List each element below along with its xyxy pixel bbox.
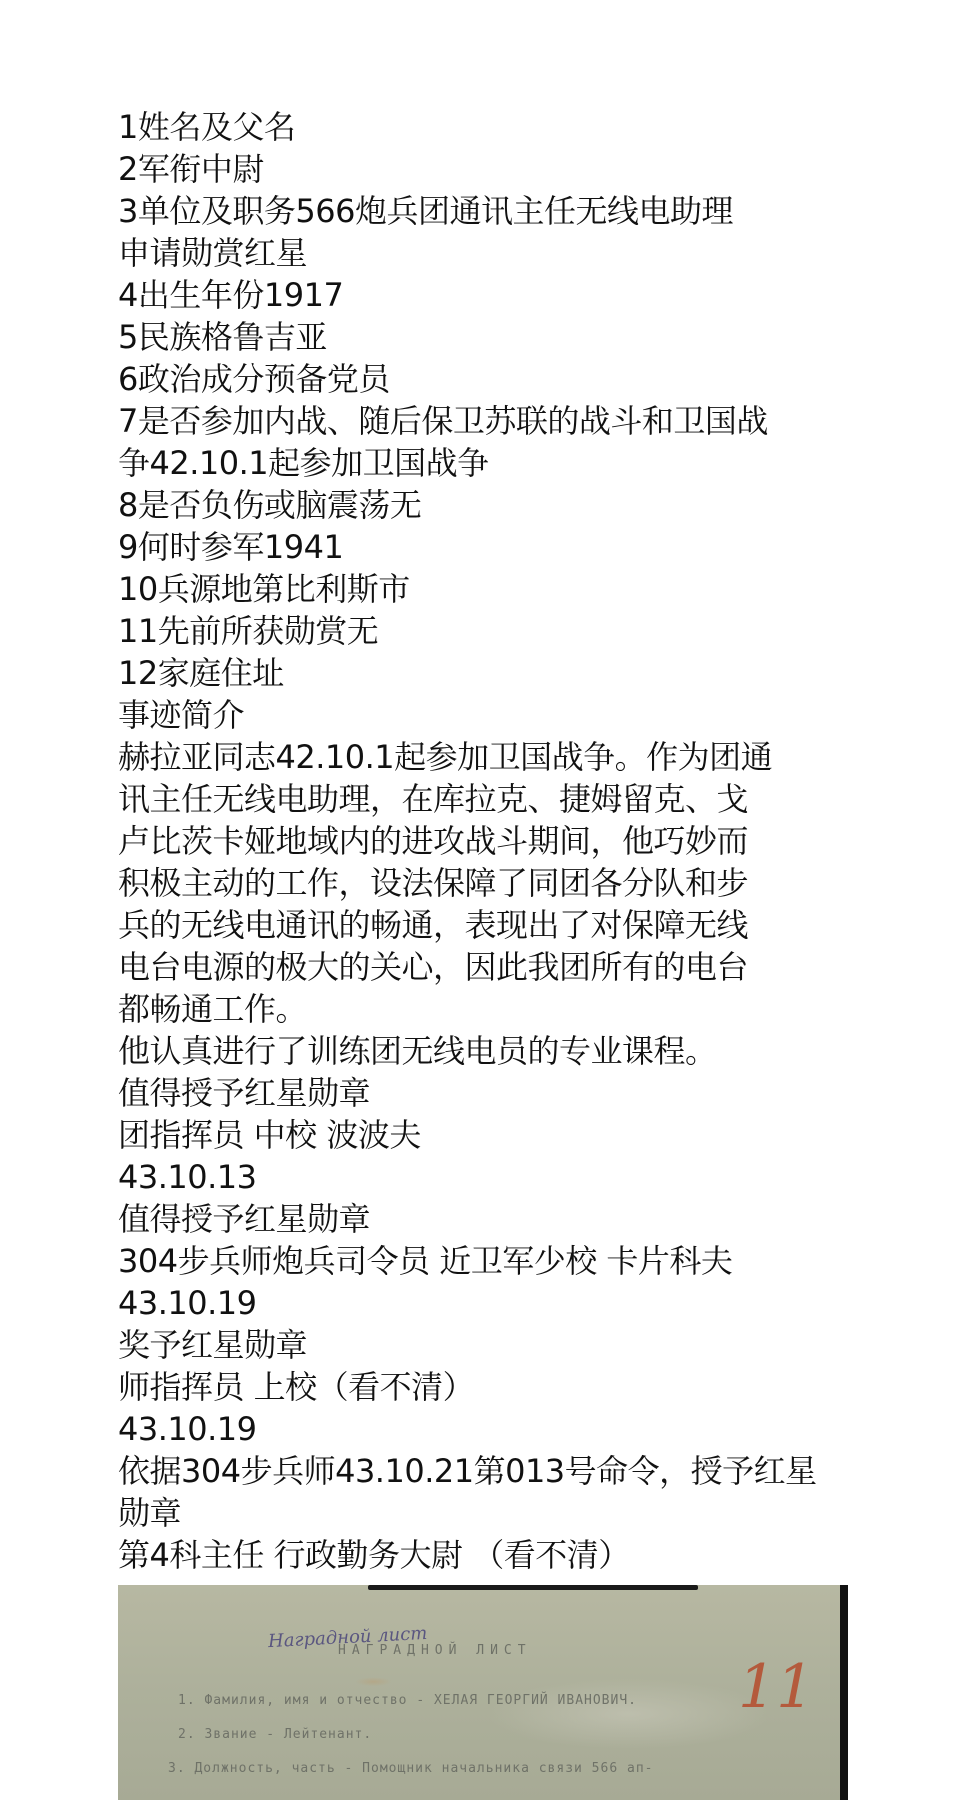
scanned-award-sheet-image: Наградной лист НАГРАДНОЙ ЛИСТ 1. Фамилия… <box>118 1585 848 1800</box>
scan-border <box>368 1585 698 1590</box>
field-1-name: 1姓名及父名 <box>118 106 850 148</box>
narrative-line: 讯主任无线电助理，在库拉克、捷姆留克、戈 <box>118 778 850 820</box>
field-9-enlisted: 9何时参军1941 <box>118 526 850 568</box>
field-11-prior-awards: 11先前所获勋赏无 <box>118 610 850 652</box>
field-6-party: 6政治成分预备党员 <box>118 358 850 400</box>
award-request: 申请勋赏红星 <box>118 232 850 274</box>
narrative-line: 电台电源的极大的关心，因此我团所有的电台 <box>118 946 850 988</box>
order-reference: 依据304步兵师43.10.21第013号命令，授予红星 <box>118 1450 850 1492</box>
endorsement-recommendation: 值得授予红星勋章 <box>118 1072 850 1114</box>
endorsement-date: 43.10.19 <box>118 1282 850 1324</box>
endorsement-signer: 师指挥员 上校（看不清） <box>118 1366 850 1408</box>
section-heading-summary: 事迹简介 <box>118 694 850 736</box>
endorsement-recommendation: 值得授予红星勋章 <box>118 1198 850 1240</box>
narrative-line: 赫拉亚同志42.10.1起参加卫国战争。作为团通 <box>118 736 850 778</box>
typed-title: НАГРАДНОЙ ЛИСТ <box>338 1643 532 1658</box>
narrative-line: 兵的无线电通讯的畅通，表现出了对保障无线 <box>118 904 850 946</box>
narrative-line: 卢比茨卡娅地域内的进攻战斗期间，他巧妙而 <box>118 820 850 862</box>
field-7-war-participation-cont: 争42.10.1起参加卫国战争 <box>118 442 850 484</box>
endorsement-date: 43.10.19 <box>118 1408 850 1450</box>
field-4-birth-year: 4出生年份1917 <box>118 274 850 316</box>
typed-line: 2. Звание - Лейтенант. <box>178 1727 372 1742</box>
endorsement-signer: 团指挥员 中校 波波夫 <box>118 1114 850 1156</box>
field-12-home-address: 12家庭住址 <box>118 652 850 694</box>
document-text: 1姓名及父名 2军衔中尉 3单位及职务566炮兵团通讯主任无线电助理 申请勋赏红… <box>118 106 850 1576</box>
field-3-unit-position: 3单位及职务566炮兵团通讯主任无线电助理 <box>118 190 850 232</box>
order-reference-cont: 勋章 <box>118 1492 850 1534</box>
narrative-line: 积极主动的工作，设法保障了同团各分队和步 <box>118 862 850 904</box>
field-5-nationality: 5民族格鲁吉亚 <box>118 316 850 358</box>
typed-line: 3. Должность, часть - Помощник начальник… <box>168 1761 653 1776</box>
endorsement-date: 43.10.13 <box>118 1156 850 1198</box>
endorsement-signer: 304步兵师炮兵司令员 近卫军少校 卡片科夫 <box>118 1240 850 1282</box>
field-2-rank: 2军衔中尉 <box>118 148 850 190</box>
narrative-line: 他认真进行了训练团无线电员的专业课程。 <box>118 1030 850 1072</box>
field-10-origin: 10兵源地第比利斯市 <box>118 568 850 610</box>
narrative-line: 都畅通工作。 <box>118 988 850 1030</box>
final-signer: 第4科主任 行政勤务大尉 （看不清） <box>118 1534 850 1576</box>
endorsement-decision: 奖予红星勋章 <box>118 1324 850 1366</box>
scan-border <box>840 1585 848 1800</box>
field-8-wounds: 8是否负伤或脑震荡无 <box>118 484 850 526</box>
typed-line: 1. Фамилия, имя и отчество - ХЕЛАЯ ГЕОРГ… <box>178 1693 637 1708</box>
field-7-war-participation: 7是否参加内战、随后保卫苏联的战斗和卫国战 <box>118 400 850 442</box>
red-pencil-mark: 11 <box>738 1657 814 1717</box>
